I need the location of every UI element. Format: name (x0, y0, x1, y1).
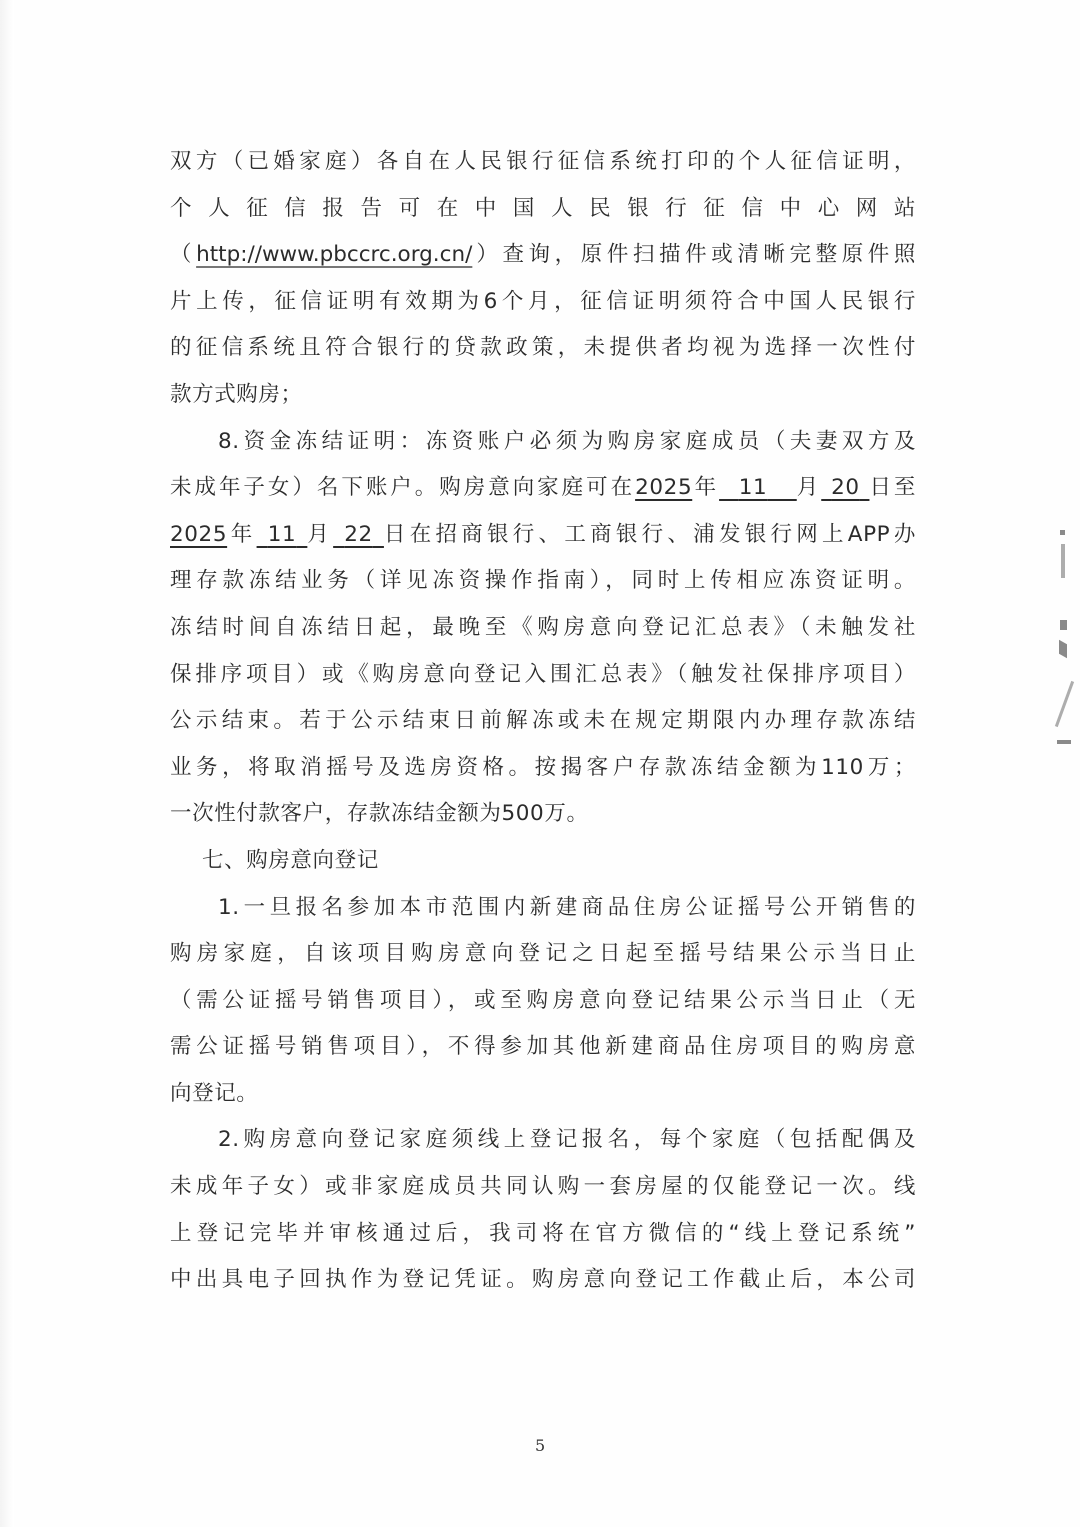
text-line: 2.购房意向登记家庭须线上登记报名，每个家庭（包括配偶及 (170, 1117, 916, 1164)
seal-mark (1060, 530, 1065, 535)
text-line: 未成年子女）或非家庭成员共同认购一套房屋的仅能登记一次。线 (170, 1164, 916, 1211)
text-line: 上登记完毕并审核通过后，我司将在官方微信的“线上登记系统” (170, 1211, 916, 1258)
document-page: 双方（已婚家庭）各自在人民银行征信系统打印的个人征信证明， 个人征信报告可在中国… (0, 0, 1080, 1527)
seal-mark (1057, 740, 1071, 744)
year-label: 年 (227, 522, 256, 547)
text-line: 公示结束。若于公示结束日前解冻或未在规定期限内办理存款冻结 (170, 698, 916, 745)
text-line: 2025年 11 月 22 日在招商银行、工商银行、浦发银行网上APP办 (170, 512, 916, 559)
text-line: 双方（已婚家庭）各自在人民银行征信系统打印的个人征信证明， (170, 139, 916, 186)
end-year: 2025 (170, 522, 227, 547)
text-fragment: 日在招商银行、工商银行、浦发银行网上APP办 (384, 522, 916, 547)
text-line: 一次性付款客户，存款冻结金额为500万。 (170, 791, 916, 838)
text-line: 冻结时间自冻结日起，最晚至《购房意向登记汇总表》（未触发社 (170, 605, 916, 652)
text-line: 的征信系统且符合银行的贷款政策，未提供者均视为选择一次性付 (170, 325, 916, 372)
text-line: 购房家庭，自该项目购房意向登记之日起至摇号结果公示当日止 (170, 931, 916, 978)
start-year: 2025 (635, 475, 692, 500)
month-label: 月 (307, 522, 333, 547)
text-line: 片上传，征信证明有效期为6个月，征信证明须符合中国人民银行 (170, 279, 916, 326)
text-line: （需公证摇号销售项目），或至购房意向登记结果公示当日止（无 (170, 978, 916, 1025)
seal-edge-marks (1055, 530, 1075, 760)
scan-edge-shadow (0, 0, 14, 1527)
text-line: 保排序项目）或《购房意向登记入围汇总表》（触发社保排序项目） (170, 652, 916, 699)
credit-center-link[interactable]: http://www.pbccrc.org.cn/ (196, 242, 472, 267)
document-body: 双方（已婚家庭）各自在人民银行征信系统打印的个人征信证明， 个人征信报告可在中国… (170, 139, 916, 1304)
text-line: 未成年子女）名下账户。购房意向家庭可在2025年 11 月 20 日至 (170, 465, 916, 512)
page-number: 5 (535, 1436, 547, 1455)
fund-freeze-item-title: 8.资金冻结证明：冻资账户必须为购房家庭成员（夫妻双方及 (170, 419, 916, 466)
text-fragment: 未成年子女）名下账户。购房意向家庭可在 (170, 475, 635, 500)
section-heading: 七、购房意向登记 (170, 838, 916, 885)
seal-mark (1055, 681, 1074, 727)
year-label: 年 (692, 475, 719, 500)
text-line: 1.一旦报名参加本市范围内新建商品住房公证摇号公开销售的 (170, 885, 916, 932)
text-fragment: ）查询，原件扫描件或清晰完整原件照 (472, 242, 916, 267)
text-line: 业务，将取消摇号及选房资格。按揭客户存款冻结金额为110万； (170, 745, 916, 792)
text-line: 款方式购房； (170, 372, 916, 419)
day-to-label: 日至 (869, 475, 916, 500)
month-label: 月 (797, 475, 821, 500)
seal-mark (1061, 544, 1065, 578)
start-day: 20 (821, 475, 869, 500)
text-line: 需公证摇号销售项目），不得参加其他新建商品住房项目的购房意 (170, 1024, 916, 1071)
end-month: 11 (257, 522, 308, 547)
seal-mark (1059, 640, 1067, 659)
start-month: 11 (719, 475, 797, 500)
end-day: 22 (333, 522, 384, 547)
text-line: 中出具电子回执作为登记凭证。购房意向登记工作截止后，本公司 (170, 1257, 916, 1304)
seal-mark (1060, 620, 1067, 630)
text-line: 向登记。 (170, 1071, 916, 1118)
text-line: 个人征信报告可在中国人民银行征信中心网站 (170, 186, 916, 233)
text-line: （http://www.pbccrc.org.cn/）查询，原件扫描件或清晰完整… (170, 232, 916, 279)
text-line: 理存款冻结业务（详见冻资操作指南），同时上传相应冻资证明。 (170, 558, 916, 605)
paren-open: （ (170, 242, 196, 267)
